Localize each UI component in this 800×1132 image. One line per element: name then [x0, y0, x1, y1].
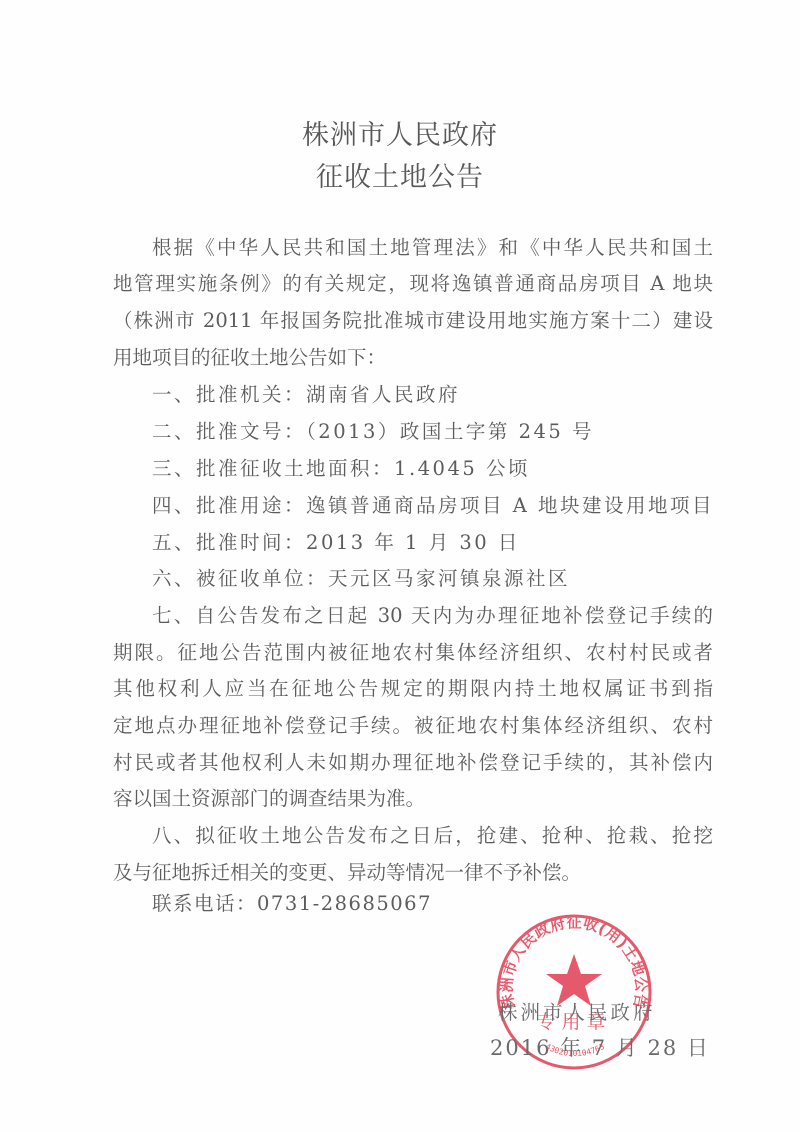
item-number: 五、: [152, 531, 196, 554]
item-number: 四、: [152, 494, 196, 517]
item7-line-6: 容以国土资源部门的调查结果为准。: [113, 787, 713, 811]
item-number: 二、: [152, 420, 196, 443]
item-label: 批准用途：: [196, 494, 306, 517]
item-label: 批准征收土地面积：: [196, 457, 394, 480]
item-value: 湖南省人民政府: [306, 383, 460, 406]
document-title-subject: 征收土地公告: [0, 155, 800, 194]
item7-line-5: 村民或者其他权利人未如期办理征地补偿登记手续的，其补偿内: [113, 751, 713, 775]
item-value: 1.4045 公顷: [394, 457, 530, 480]
item-approved-use: 四、批准用途：逸镇普通商品房项目 A 地块建设用地项目: [152, 494, 714, 518]
contact-line: 联系电话：0731-28685067: [152, 892, 432, 916]
item7-line-2: 期限。征地公告范围内被征地农村集体经济组织、农村村民或者: [113, 641, 713, 665]
item7-line-4: 定地点办理征地补偿登记手续。被征地农村集体经济组织、农村: [113, 714, 713, 738]
intro-line-3: （株洲市 2011 年报国务院批准城市建设用地实施方案十二）建设: [113, 309, 713, 333]
item-label: 被征收单位：: [196, 567, 328, 590]
item-value: 天元区马家河镇泉源社区: [328, 567, 570, 590]
signature-date: 2016 年 7 月 28 日: [490, 1032, 710, 1062]
item-expropriated-unit: 六、被征收单位：天元区马家河镇泉源社区: [152, 567, 570, 591]
item-number: 三、: [152, 457, 196, 480]
document-page: 株洲市人民政府 征收土地公告 根据《中华人民共和国土地管理法》和《中华人民共和国…: [0, 0, 800, 1132]
item-approval-authority: 一、批准机关：湖南省人民政府: [152, 383, 460, 407]
item-label: 批准文号：: [196, 420, 306, 443]
item7-line-1: 七、自公告发布之日起 30 天内为办理征地补偿登记手续的: [152, 604, 713, 628]
intro-line-2: 地管理实施条例》的有关规定，现将逸镇普通商品房项目 A 地块: [113, 272, 713, 296]
item7-line-3: 其他权利人应当在征地公告规定的期限内持土地权属证书到指: [113, 677, 713, 701]
item-number: 六、: [152, 567, 196, 590]
item-label: 批准时间：: [196, 531, 306, 554]
item-value: 2013 年 1 月 30 日: [306, 531, 520, 554]
document-title-issuer: 株洲市人民政府: [0, 113, 800, 152]
item-label: 批准机关：: [196, 383, 306, 406]
item8-line-2: 及与征地拆迁相关的变更、异动等情况一律不予补偿。: [113, 861, 713, 885]
item-number: 一、: [152, 383, 196, 406]
signature-organization: 株洲市人民政府: [498, 997, 656, 1025]
intro-line-4: 用地项目的征收土地公告如下：: [113, 346, 713, 370]
item-value: （2013）政国土字第 245 号: [306, 420, 594, 443]
contact-label: 联系电话：: [152, 892, 257, 915]
contact-phone: 0731-28685067: [257, 892, 432, 915]
item-value: 逸镇普通商品房项目 A 地块建设用地项目: [306, 494, 714, 517]
item-approval-document-number: 二、批准文号：（2013）政国土字第 245 号: [152, 420, 594, 444]
item-approval-date: 五、批准时间：2013 年 1 月 30 日: [152, 531, 520, 555]
item-land-area: 三、批准征收土地面积：1.4045 公顷: [152, 457, 530, 481]
intro-line-1: 根据《中华人民共和国土地管理法》和《中华人民共和国土: [152, 236, 713, 260]
item8-line-1: 八、拟征收土地公告发布之日后，抢建、抢种、抢栽、抢挖: [152, 824, 713, 848]
